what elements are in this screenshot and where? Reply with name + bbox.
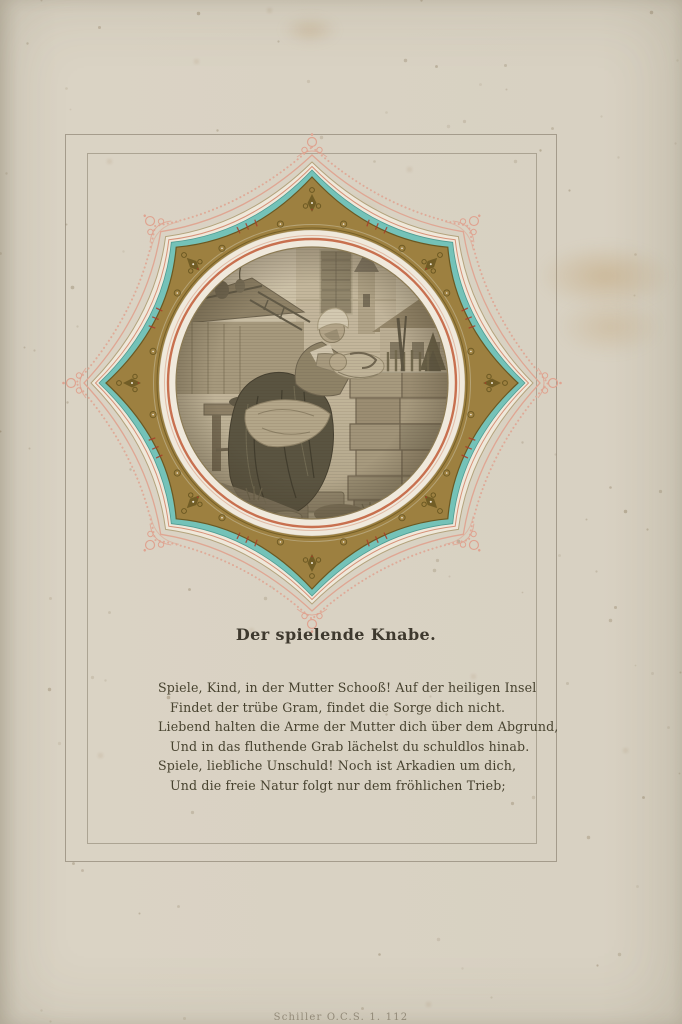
poem-line: Findet der trübe Gram, findet die Sorge … bbox=[170, 698, 558, 718]
album-page-scan: Der spielende Knabe. Spiele, Kind, in de… bbox=[0, 0, 682, 1024]
poem-text: Spiele, Kind, in der Mutter Schooß! Auf … bbox=[158, 678, 558, 796]
poem-line: Liebend halten die Arme der Mutter dich … bbox=[158, 717, 558, 737]
poem-title: Der spielende Knabe. bbox=[110, 625, 562, 644]
poem-line: Und die freie Natur folgt nur dem fröhli… bbox=[170, 776, 558, 796]
mounted-photograph bbox=[0, 0, 682, 1024]
poem-line: Und in das fluthende Grab lächelst du sc… bbox=[170, 737, 558, 757]
poem-line: Spiele, Kind, in der Mutter Schooß! Auf … bbox=[158, 678, 558, 698]
imprint-caption: Schiller O.C.S. 1. 112 bbox=[221, 1012, 461, 1023]
poem-line: Spiele, liebliche Unschuld! Noch ist Ark… bbox=[158, 756, 558, 776]
